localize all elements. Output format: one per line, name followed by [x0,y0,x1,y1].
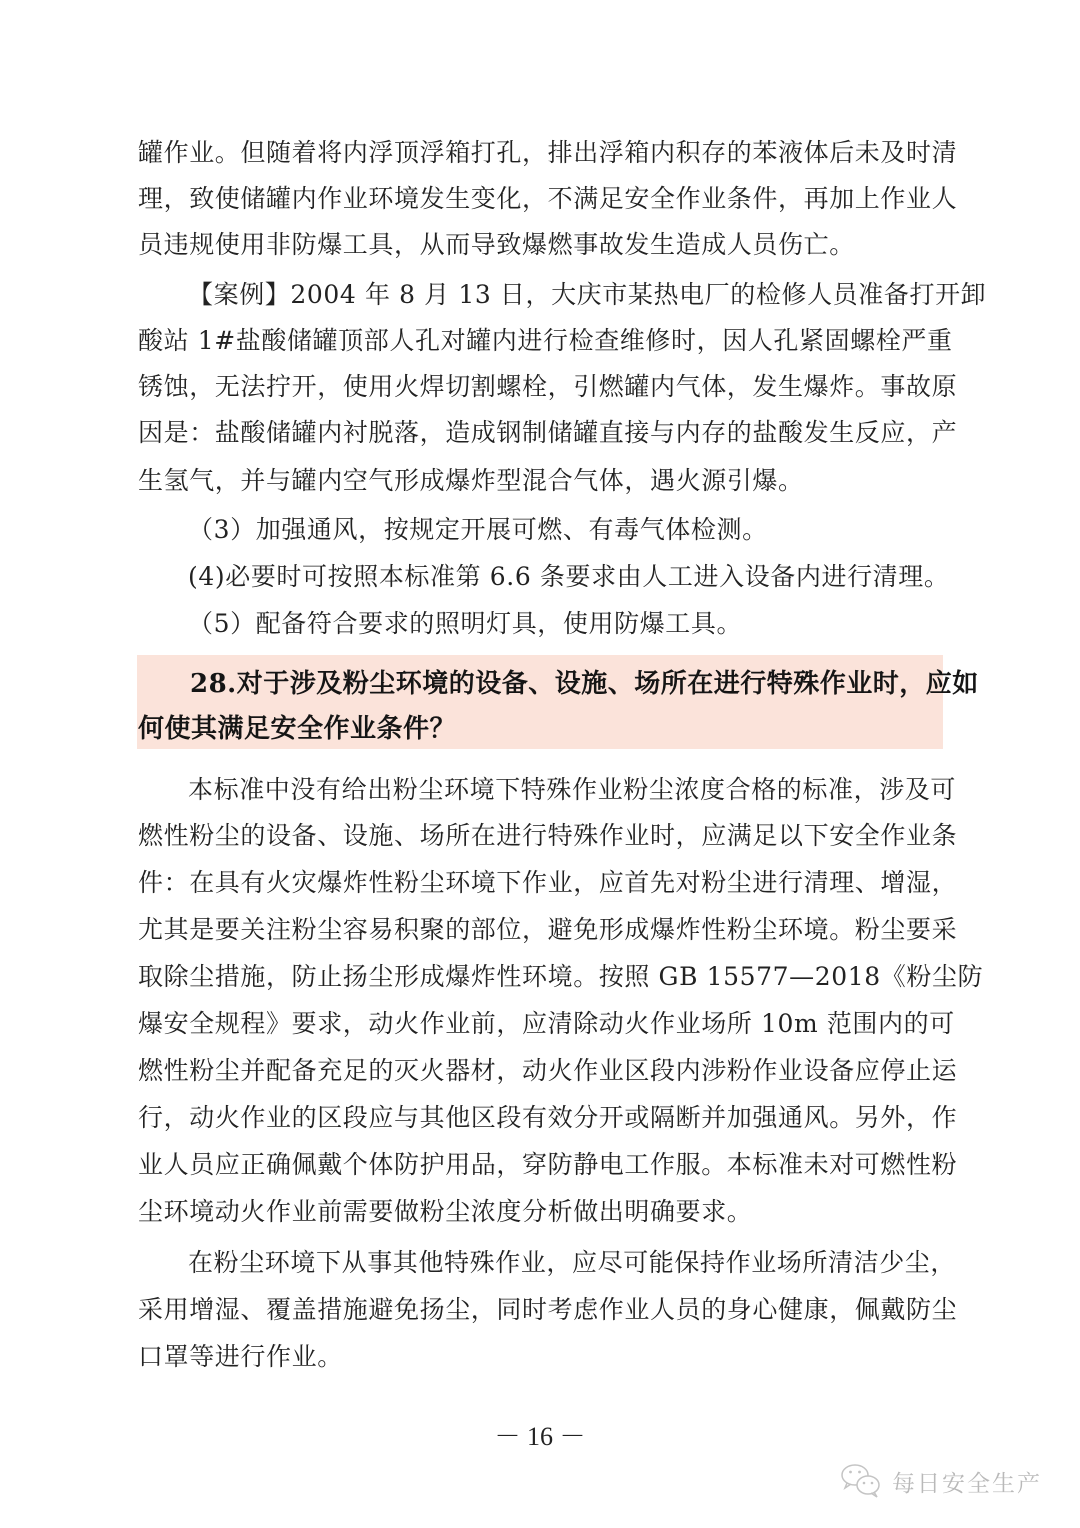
body-text-line: 理，致使储罐内作业环境发生变化，不满足安全作业条件，再加上作业人 [138,176,944,222]
list-item: (4)必要时可按照本标准第 6.6 条要求由人工进入设备内进行清理。 [188,554,948,600]
document-page: 罐作业。但随着将内浮顶浮箱打孔，排出浮箱内积存的苯液体后未及时清 理，致使储罐内… [0,0,1080,1528]
answer-text-line: 口罩等进行作业。 [138,1334,944,1380]
answer-text-line: 尘环境动火作业前需要做粉尘浓度分析做出明确要求。 [138,1189,944,1235]
answer-text-line: 业人员应正确佩戴个体防护用品，穿防静电工作服。本标准未对可燃性粉 [138,1142,944,1188]
case-text-line: 生氢气，并与罐内空气形成爆炸型混合气体，遇火源引爆。 [138,458,944,504]
page-number: － 16 － [0,1416,1080,1453]
answer-text-line: 尤其是要关注粉尘容易积聚的部位，避免形成爆炸性粉尘环境。粉尘要采 [138,907,944,953]
answer-text-line: 爆安全规程》要求，动火作业前，应清除动火作业场所 10m 范围内的可 [138,1001,944,1047]
answer-text-line: 在粉尘环境下从事其他特殊作业，应尽可能保持作业场所清洁少尘， [188,1240,944,1286]
answer-text-line: 取除尘措施，防止扬尘形成爆炸性环境。按照 GB 15577—2018《粉尘防 [138,954,944,1000]
question-heading-line: 28.对于涉及粉尘环境的设备、设施、场所在进行特殊作业时，应如 [190,661,940,707]
case-text-line: 酸站 1#盐酸储罐顶部人孔对罐内进行检查维修时，因人孔紧固螺栓严重 [138,318,944,364]
answer-text-line: 燃性粉尘的设备、设施、场所在进行特殊作业时，应满足以下安全作业条 [138,813,944,859]
question-heading-line: 何使其满足安全作业条件？ [138,706,938,752]
answer-text-line: 本标准中没有给出粉尘环境下特殊作业粉尘浓度合格的标准，涉及可 [188,767,944,813]
answer-text-line: 件：在具有火灾爆炸性粉尘环境下作业，应首先对粉尘进行清理、增湿， [138,860,944,906]
case-text-line: 【案例】2004 年 8 月 13 日，大庆市某热电厂的检修人员准备打开卸 [188,272,944,318]
wechat-icon [840,1462,884,1500]
body-text-line: 员违规使用非防爆工具，从而导致爆燃事故发生造成人员伤亡。 [138,222,944,268]
answer-text-line: 采用增湿、覆盖措施避免扬尘，同时考虑作业人员的身心健康，佩戴防尘 [138,1287,944,1333]
body-text-line: 罐作业。但随着将内浮顶浮箱打孔，排出浮箱内积存的苯液体后未及时清 [138,130,944,176]
answer-text-line: 行，动火作业的区段应与其他区段有效分开或隔断并加强通风。另外，作 [138,1095,944,1141]
watermark-text: 每日安全生产 [892,1465,1042,1498]
case-text-line: 锈蚀，无法拧开，使用火焊切割螺栓，引燃罐内气体，发生爆炸。事故原 [138,364,944,410]
watermark: 每日安全生产 [840,1462,1042,1500]
case-text-line: 因是：盐酸储罐内衬脱落，造成钢制储罐直接与内存的盐酸发生反应，产 [138,410,944,456]
answer-text-line: 燃性粉尘并配备充足的灭火器材，动火作业区段内涉粉作业设备应停止运 [138,1048,944,1094]
list-item: （5）配备符合要求的照明灯具，使用防爆工具。 [188,601,948,647]
list-item: （3）加强通风，按规定开展可燃、有毒气体检测。 [188,507,948,553]
